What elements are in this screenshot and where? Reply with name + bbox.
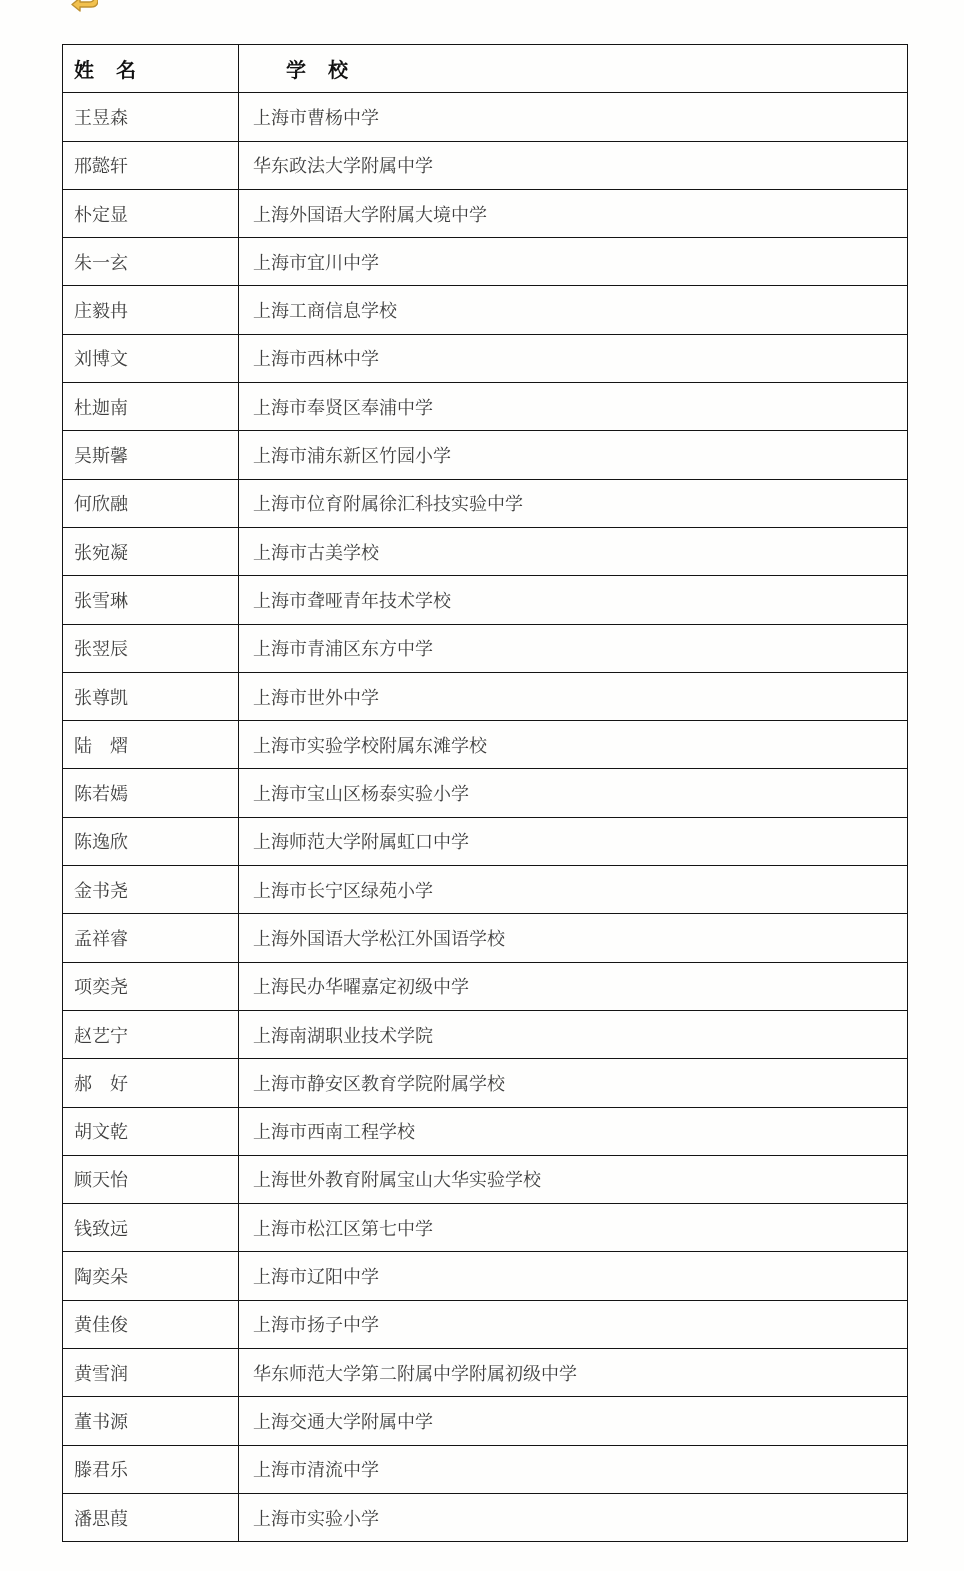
school-cell: 上海市清流中学 [239, 1445, 908, 1493]
table-row: 张尊凯上海市世外中学 [63, 672, 908, 720]
name-cell: 董书源 [63, 1397, 239, 1445]
table-row: 朴定显上海外国语大学附属大境中学 [63, 189, 908, 237]
header-school: 学 校 [239, 45, 908, 93]
name-cell: 孟祥睿 [63, 914, 239, 962]
school-cell: 上海市曹杨中学 [239, 93, 908, 141]
name-cell: 朱一玄 [63, 238, 239, 286]
name-cell: 王昱森 [63, 93, 239, 141]
name-cell: 陈逸欣 [63, 817, 239, 865]
school-cell: 华东政法大学附属中学 [239, 141, 908, 189]
name-cell: 陶奕朵 [63, 1252, 239, 1300]
table-row: 刘博文上海市西林中学 [63, 334, 908, 382]
return-arrow-shape [72, 0, 98, 11]
school-cell: 上海市辽阳中学 [239, 1252, 908, 1300]
school-cell: 上海世外教育附属宝山大华实验学校 [239, 1155, 908, 1203]
table-row: 项奕尧上海民办华曜嘉定初级中学 [63, 962, 908, 1010]
table-row: 黄佳俊上海市扬子中学 [63, 1300, 908, 1348]
school-cell: 上海市世外中学 [239, 672, 908, 720]
table-row: 张雪琳上海市聋哑青年技术学校 [63, 576, 908, 624]
roster-table-container: 姓 名 学 校 王昱森上海市曹杨中学邢懿轩华东政法大学附属中学朴定显上海外国语大… [62, 44, 908, 1542]
table-row: 潘思葭上海市实验小学 [63, 1493, 908, 1541]
table-row: 陆 熠上海市实验学校附属东滩学校 [63, 721, 908, 769]
school-cell: 上海市西南工程学校 [239, 1107, 908, 1155]
school-cell: 上海市奉贤区奉浦中学 [239, 383, 908, 431]
table-body: 王昱森上海市曹杨中学邢懿轩华东政法大学附属中学朴定显上海外国语大学附属大境中学朱… [63, 93, 908, 1542]
table-row: 陶奕朵上海市辽阳中学 [63, 1252, 908, 1300]
school-cell: 上海市松江区第七中学 [239, 1204, 908, 1252]
name-cell: 陈若嫣 [63, 769, 239, 817]
table-row: 庄毅冉上海工商信息学校 [63, 286, 908, 334]
school-cell: 上海市古美学校 [239, 527, 908, 575]
table-row: 陈若嫣上海市宝山区杨泰实验小学 [63, 769, 908, 817]
name-cell: 刘博文 [63, 334, 239, 382]
name-cell: 朴定显 [63, 189, 239, 237]
name-cell: 赵艺宁 [63, 1010, 239, 1058]
school-cell: 上海市宝山区杨泰实验小学 [239, 769, 908, 817]
school-cell: 上海市实验小学 [239, 1493, 908, 1541]
table-row: 杜迦南上海市奉贤区奉浦中学 [63, 383, 908, 431]
school-cell: 上海交通大学附属中学 [239, 1397, 908, 1445]
name-cell: 陆 熠 [63, 721, 239, 769]
header-row: 姓 名 学 校 [63, 45, 908, 93]
table-row: 钱致远上海市松江区第七中学 [63, 1204, 908, 1252]
school-cell: 上海民办华曜嘉定初级中学 [239, 962, 908, 1010]
name-cell: 吴斯馨 [63, 431, 239, 479]
name-cell: 张尊凯 [63, 672, 239, 720]
table-row: 张宛凝上海市古美学校 [63, 527, 908, 575]
name-cell: 张雪琳 [63, 576, 239, 624]
table-row: 董书源上海交通大学附属中学 [63, 1397, 908, 1445]
school-cell: 上海市扬子中学 [239, 1300, 908, 1348]
name-cell: 黄佳俊 [63, 1300, 239, 1348]
table-row: 吴斯馨上海市浦东新区竹园小学 [63, 431, 908, 479]
table-row: 陈逸欣上海师范大学附属虹口中学 [63, 817, 908, 865]
name-cell: 金书尧 [63, 866, 239, 914]
school-cell: 上海师范大学附属虹口中学 [239, 817, 908, 865]
students-table: 姓 名 学 校 王昱森上海市曹杨中学邢懿轩华东政法大学附属中学朴定显上海外国语大… [62, 44, 908, 1542]
name-cell: 郝 好 [63, 1059, 239, 1107]
school-cell: 上海市聋哑青年技术学校 [239, 576, 908, 624]
table-row: 滕君乐上海市清流中学 [63, 1445, 908, 1493]
school-cell: 上海外国语大学松江外国语学校 [239, 914, 908, 962]
table-header: 姓 名 学 校 [63, 45, 908, 93]
table-row: 胡文乾上海市西南工程学校 [63, 1107, 908, 1155]
school-cell: 上海工商信息学校 [239, 286, 908, 334]
name-cell: 滕君乐 [63, 1445, 239, 1493]
name-cell: 项奕尧 [63, 962, 239, 1010]
name-cell: 潘思葭 [63, 1493, 239, 1541]
return-arrow-icon[interactable] [70, 0, 98, 14]
name-cell: 钱致远 [63, 1204, 239, 1252]
name-cell: 顾天怡 [63, 1155, 239, 1203]
name-cell: 胡文乾 [63, 1107, 239, 1155]
school-cell: 华东师范大学第二附属中学附属初级中学 [239, 1349, 908, 1397]
table-row: 何欣融上海市位育附属徐汇科技实验中学 [63, 479, 908, 527]
school-cell: 上海外国语大学附属大境中学 [239, 189, 908, 237]
school-cell: 上海南湖职业技术学院 [239, 1010, 908, 1058]
school-cell: 上海市位育附属徐汇科技实验中学 [239, 479, 908, 527]
school-cell: 上海市静安区教育学院附属学校 [239, 1059, 908, 1107]
name-cell: 张宛凝 [63, 527, 239, 575]
table-row: 孟祥睿上海外国语大学松江外国语学校 [63, 914, 908, 962]
name-cell: 杜迦南 [63, 383, 239, 431]
table-row: 金书尧上海市长宁区绿苑小学 [63, 866, 908, 914]
table-row: 王昱森上海市曹杨中学 [63, 93, 908, 141]
school-cell: 上海市浦东新区竹园小学 [239, 431, 908, 479]
name-cell: 庄毅冉 [63, 286, 239, 334]
table-row: 赵艺宁上海南湖职业技术学院 [63, 1010, 908, 1058]
name-cell: 黄雪润 [63, 1349, 239, 1397]
school-cell: 上海市实验学校附属东滩学校 [239, 721, 908, 769]
school-cell: 上海市西林中学 [239, 334, 908, 382]
name-cell: 邢懿轩 [63, 141, 239, 189]
school-cell: 上海市青浦区东方中学 [239, 624, 908, 672]
table-row: 邢懿轩华东政法大学附属中学 [63, 141, 908, 189]
name-cell: 张翌辰 [63, 624, 239, 672]
page: 姓 名 学 校 王昱森上海市曹杨中学邢懿轩华东政法大学附属中学朴定显上海外国语大… [0, 0, 964, 1571]
table-row: 张翌辰上海市青浦区东方中学 [63, 624, 908, 672]
school-cell: 上海市长宁区绿苑小学 [239, 866, 908, 914]
table-row: 顾天怡上海世外教育附属宝山大华实验学校 [63, 1155, 908, 1203]
name-cell: 何欣融 [63, 479, 239, 527]
header-name: 姓 名 [63, 45, 239, 93]
table-row: 黄雪润华东师范大学第二附属中学附属初级中学 [63, 1349, 908, 1397]
school-cell: 上海市宜川中学 [239, 238, 908, 286]
table-row: 郝 好上海市静安区教育学院附属学校 [63, 1059, 908, 1107]
table-row: 朱一玄上海市宜川中学 [63, 238, 908, 286]
